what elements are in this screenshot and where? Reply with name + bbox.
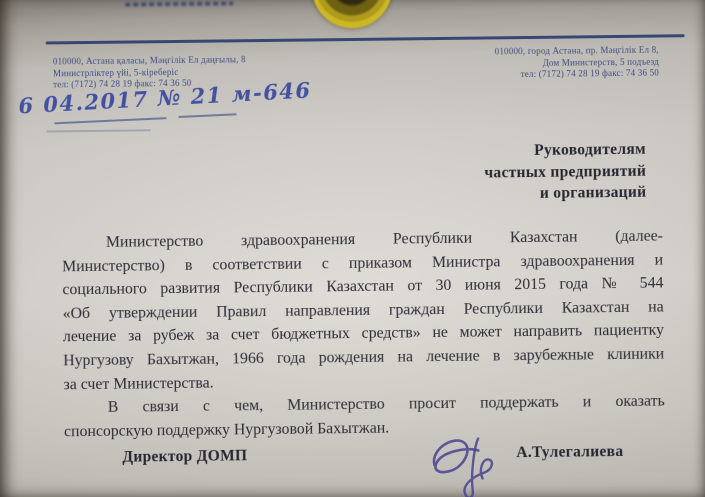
form-underline [178, 113, 236, 117]
handwritten-signature-icon [420, 426, 521, 497]
photographed-letter: 010000, Астана қаласы, Мәңгілік Ел даңғы… [0, 0, 705, 497]
letterhead-address-russian: 010000, город Астана, пр. Мәңгілік Ел 8,… [495, 45, 659, 81]
address-line: тел: (7172) 74 28 19 факс: 74 36 50 [495, 68, 659, 81]
cutoff-letterhead-text [125, 1, 233, 6]
form-underline [55, 117, 167, 124]
recipient-line: частных предприятий [484, 160, 646, 183]
recipient-line: Руководителям [484, 139, 646, 162]
recipient-line: и организаций [485, 182, 647, 205]
letter-content: 010000, Астана қаласы, Мәңгілік Ел даңғы… [0, 0, 705, 497]
address-line: 010000, Астана қаласы, Мәңгілік Ел даңғы… [53, 54, 246, 68]
kazakhstan-coat-of-arms-icon [312, 0, 393, 28]
recipient-block: Руководителям частных предприятий и орга… [484, 139, 646, 205]
signature-name: А.Тулегалиева [516, 443, 623, 462]
signature-title: Директор ДОМП [122, 447, 247, 466]
letterhead-divider [46, 34, 685, 44]
letter-body: Министерство здравоохранения Республики … [62, 224, 665, 443]
form-underline-faint [47, 129, 151, 132]
